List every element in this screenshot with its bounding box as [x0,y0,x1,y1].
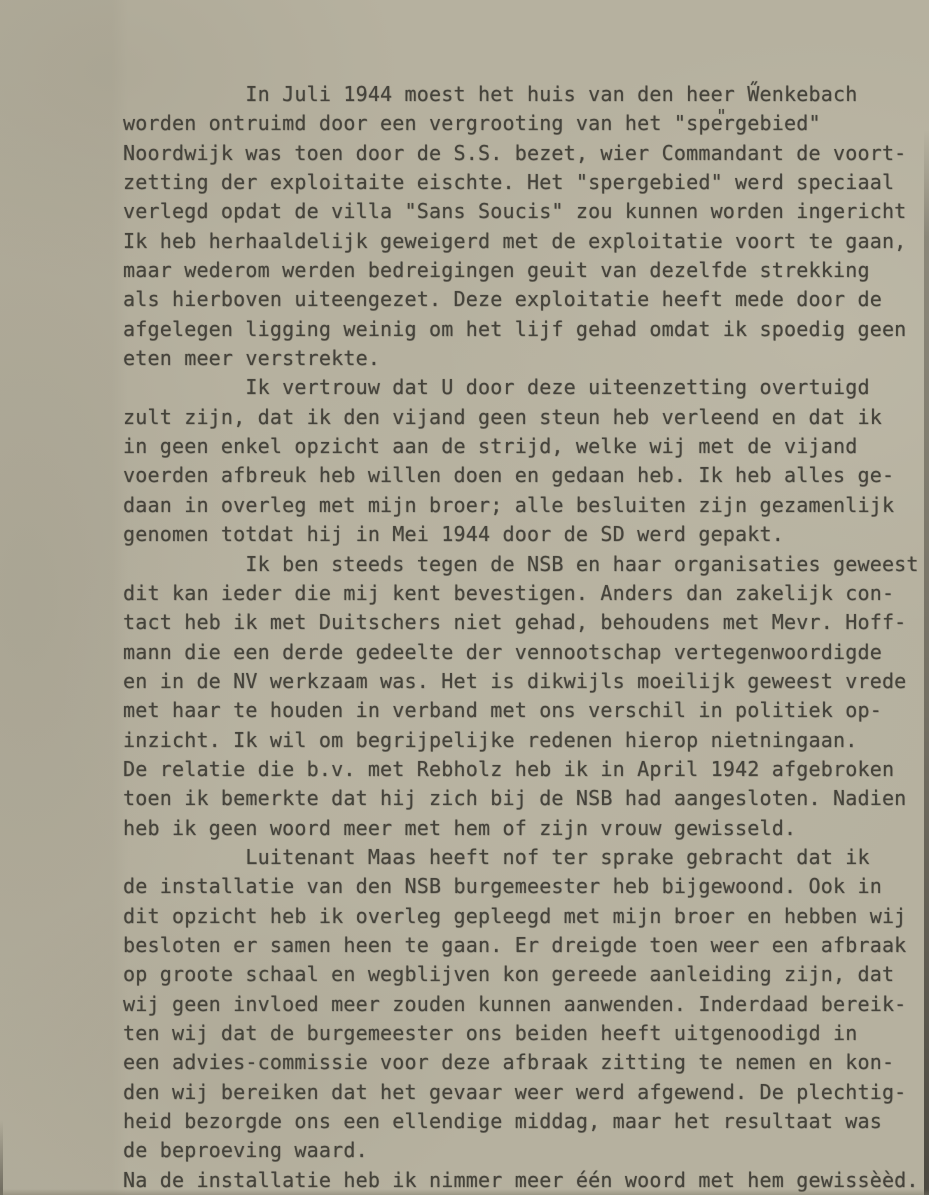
text-line: heb ik geen woord meer met hem of zijn v… [123,814,919,843]
text-line: voerden afbreuk heb willen doen en gedaa… [123,461,919,490]
scan-edge-right [924,130,929,1195]
text-line: in geen enkel opzicht aan de strijd, wel… [123,432,919,461]
scan-edge-bottom [0,1189,929,1195]
text-line: Luitenant Maas heeft nof ter sprake gebr… [123,843,919,872]
text-line: Ik ben steeds tegen de NSB en haar organ… [123,550,919,579]
text-line: de beproeving waard. [123,1136,919,1165]
text-line: de installatie van den NSB burgemeester … [123,872,919,901]
text-line: Ik vertrouw dat U door deze uiteenzettin… [123,373,919,402]
text-line: wij geen invloed meer zouden kunnen aanw… [123,990,919,1019]
scan-edge-left-bottom [0,1120,3,1195]
text-line: dit opzicht heb ik overleg gepleegd met … [123,902,919,931]
text-line: zult zijn, dat ik den vijand geen steun … [123,403,919,432]
text-line: inzicht. Ik wil om begrijpelijke redenen… [123,726,919,755]
text-line: een advies-commissie voor deze afbraak z… [123,1048,919,1077]
text-line: met haar te houden in verband met ons ve… [123,696,919,725]
text-line: zetting der exploitaite eischte. Het "sp… [123,168,919,197]
text-line: Noordwijk was toen door de S.S. bezet, w… [123,139,919,168]
text-line: maar wederom werden bedreigingen geuit v… [123,256,919,285]
text-line: daan in overleg met mijn broer; alle bes… [123,491,919,520]
text-line: afgelegen ligging weinig om het lijf geh… [123,315,919,344]
typewritten-text: In Juli 1944 moest het huis van den heer… [123,80,919,1195]
text-line: verlegd opdat de villa "Sans Soucis" zou… [123,197,919,226]
text-line: besloten er samen heen te gaan. Er dreig… [123,931,919,960]
text-line: en in de NV werkzaam was. Het is dikwijl… [123,667,919,696]
text-line: als hierboven uiteengezet. Deze exploita… [123,285,919,314]
text-line: Ik heb herhaaldelijk geweigerd met de ex… [123,227,919,256]
text-line: heid bezorgde ons een ellendige middag, … [123,1107,919,1136]
text-line: den wij bereiken dat het gevaar weer wer… [123,1078,919,1107]
text-line: ten wij dat de burgemeester ons beiden h… [123,1019,919,1048]
document-page: In Juli 1944 moest het huis van den heer… [0,0,929,1195]
text-line: mann die een derde gedeelte der vennoots… [123,638,919,667]
text-line: dit kan ieder die mij kent bevestigen. A… [123,579,919,608]
text-line: toen ik bemerkte dat hij zich bij de NSB… [123,784,919,813]
text-line: eten meer verstrekte. [123,344,919,373]
text-line: In Juli 1944 moest het huis van den heer… [123,80,919,109]
stray-typewriter-mark: " [716,106,727,127]
text-line: De relatie die b.v. met Rebholz heb ik i… [123,755,919,784]
text-line: worden ontruimd door een vergrooting van… [123,109,919,138]
text-line: tact heb ik met Duitschers niet gehad, b… [123,608,919,637]
text-line: op groote schaal en wegblijven kon geree… [123,960,919,989]
text-line: genomen totdat hij in Mei 1944 door de S… [123,520,919,549]
